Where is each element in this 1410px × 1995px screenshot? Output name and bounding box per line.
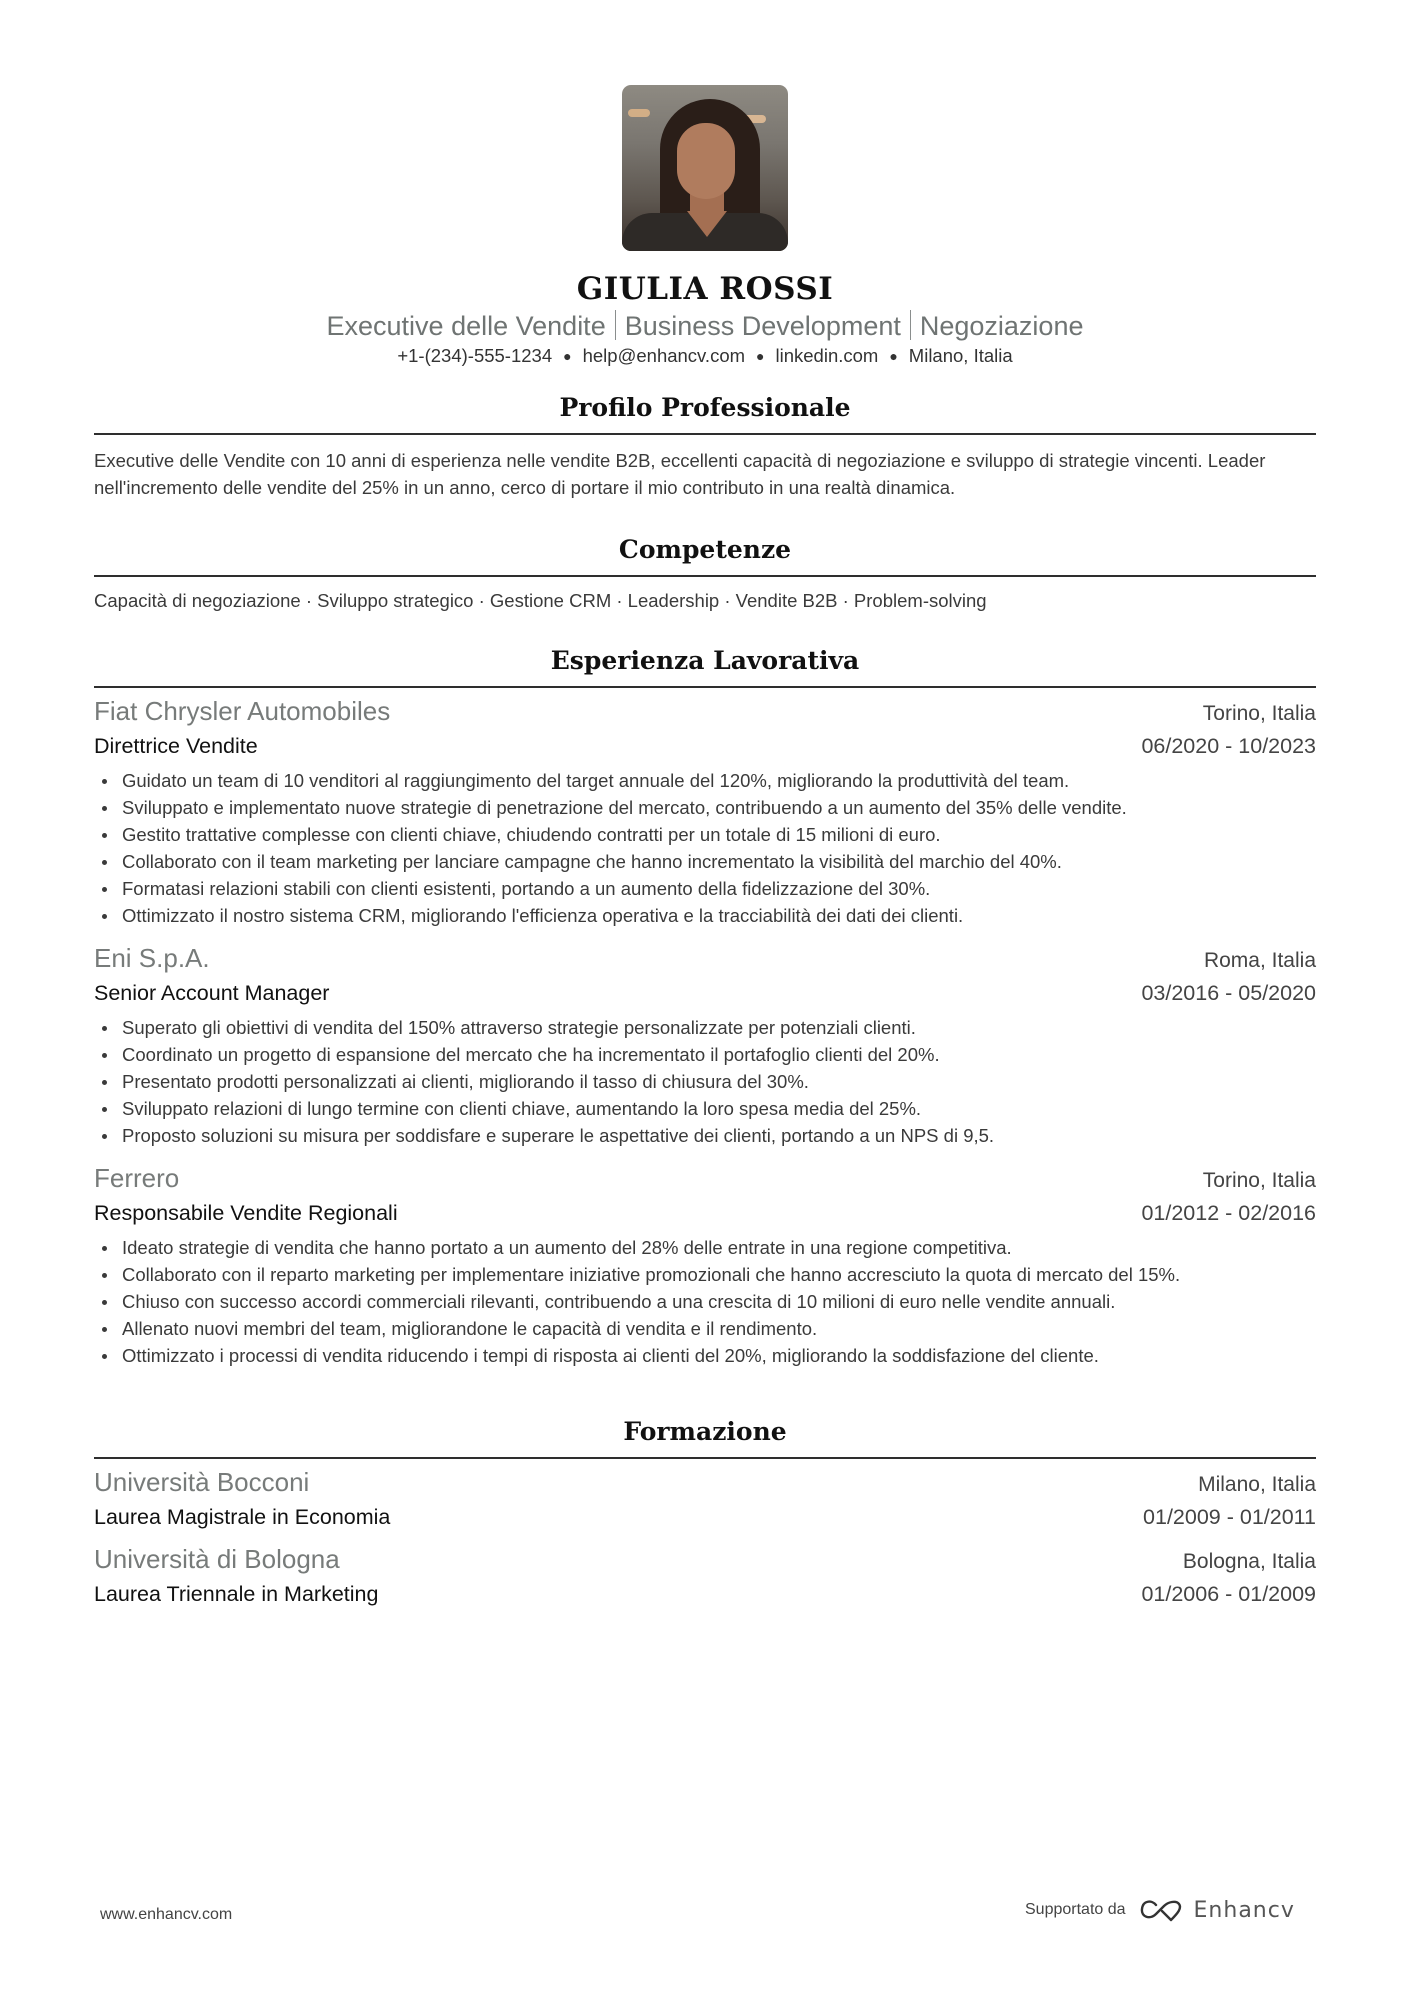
achievement-item: Presentato prodotti personalizzati ai cl… <box>94 1068 1316 1095</box>
school-name: Università di Bologna <box>94 1542 340 1576</box>
title-part: Executive delle Vendite <box>327 311 606 341</box>
degree-name: Laurea Magistrale in Economia <box>94 1502 390 1532</box>
contact-separator: ● <box>889 343 897 369</box>
achievement-item: Gestito trattative complesse con clienti… <box>94 821 1316 848</box>
profile-photo <box>622 85 788 251</box>
section-summary: Profilo Professionale Executive delle Ve… <box>94 391 1316 501</box>
achievement-item: Formatasi relazioni stabili con clienti … <box>94 875 1316 902</box>
experience-list: Fiat Chrysler Automobiles Torino, Italia… <box>94 694 1316 1369</box>
entry-header-row: Fiat Chrysler Automobiles Torino, Italia <box>94 694 1316 731</box>
contact-email[interactable]: help@enhancv.com <box>583 345 745 366</box>
achievement-item: Sviluppato e implementato nuove strategi… <box>94 794 1316 821</box>
title-part: Business Development <box>625 311 901 341</box>
experience-entry: Ferrero Torino, Italia Responsabile Vend… <box>94 1161 1316 1369</box>
footer-branding[interactable]: Supportato da Enhancv <box>1025 1897 1295 1923</box>
entry-degree-row: Laurea Magistrale in Economia 01/2009 - … <box>94 1502 1316 1532</box>
education-list: Università Bocconi Milano, Italia Laurea… <box>94 1465 1316 1609</box>
candidate-title: Executive delle VenditeBusiness Developm… <box>94 309 1316 343</box>
education-dates: 01/2009 - 01/2011 <box>1143 1502 1316 1532</box>
title-separator <box>910 310 911 340</box>
entry-header-row: Università Bocconi Milano, Italia <box>94 1465 1316 1502</box>
achievement-item: Sviluppato relazioni di lungo termine co… <box>94 1095 1316 1122</box>
education-dates: 01/2006 - 01/2009 <box>1141 1579 1316 1609</box>
resume-page: GIULIA ROSSI Executive delle VenditeBusi… <box>94 0 1316 1609</box>
achievement-item: Ottimizzato il nostro sistema CRM, migli… <box>94 902 1316 929</box>
achievement-item: Ottimizzato i processi di vendita riduce… <box>94 1342 1316 1369</box>
powered-by-label: Supportato da <box>1025 1901 1126 1919</box>
contact-separator: ● <box>756 343 764 369</box>
school-location: Milano, Italia <box>1198 1468 1316 1502</box>
brand-name: Enhancv <box>1194 1898 1295 1923</box>
entry-role-row: Direttrice Vendite 06/2020 - 10/2023 <box>94 731 1316 761</box>
summary-text: Executive delle Vendite con 10 anni di e… <box>94 447 1316 501</box>
job-role: Responsabile Vendite Regionali <box>94 1198 398 1228</box>
job-location: Roma, Italia <box>1204 944 1316 978</box>
education-entry: Università di Bologna Bologna, Italia La… <box>94 1542 1316 1609</box>
section-divider <box>94 1457 1316 1459</box>
entry-degree-row: Laurea Triennale in Marketing 01/2006 - … <box>94 1579 1316 1609</box>
section-experience: Esperienza Lavorativa Fiat Chrysler Auto… <box>94 644 1316 1369</box>
section-skills: Competenze Capacità di negoziazione · Sv… <box>94 533 1316 614</box>
job-dates: 01/2012 - 02/2016 <box>1141 1198 1316 1228</box>
section-heading: Esperienza Lavorativa <box>94 644 1316 678</box>
achievement-item: Guidato un team di 10 venditori al raggi… <box>94 767 1316 794</box>
achievement-list: Superato gli obiettivi di vendita del 15… <box>94 1014 1316 1149</box>
experience-entry: Fiat Chrysler Automobiles Torino, Italia… <box>94 694 1316 929</box>
contact-location: Milano, Italia <box>909 345 1013 366</box>
title-part: Negoziazione <box>920 311 1084 341</box>
achievement-item: Superato gli obiettivi di vendita del 15… <box>94 1014 1316 1041</box>
section-divider <box>94 686 1316 688</box>
title-separator <box>615 310 616 340</box>
contact-phone[interactable]: +1-(234)-555-1234 <box>397 345 552 366</box>
company-name: Ferrero <box>94 1161 179 1195</box>
entry-header-row: Eni S.p.A. Roma, Italia <box>94 941 1316 978</box>
job-dates: 06/2020 - 10/2023 <box>1141 731 1316 761</box>
achievement-item: Ideato strategie di vendita che hanno po… <box>94 1234 1316 1261</box>
job-location: Torino, Italia <box>1203 1164 1316 1198</box>
skills-list: Capacità di negoziazione · Sviluppo stra… <box>94 587 1316 614</box>
contact-line: +1-(234)-555-1234●help@enhancv.com●linke… <box>94 343 1316 369</box>
entry-role-row: Responsabile Vendite Regionali 01/2012 -… <box>94 1198 1316 1228</box>
footer-website[interactable]: www.enhancv.com <box>100 1906 232 1924</box>
achievement-item: Collaborato con il reparto marketing per… <box>94 1261 1316 1288</box>
section-education: Formazione Università Bocconi Milano, It… <box>94 1415 1316 1609</box>
experience-entry: Eni S.p.A. Roma, Italia Senior Account M… <box>94 941 1316 1149</box>
job-dates: 03/2016 - 05/2020 <box>1141 978 1316 1008</box>
achievement-item: Collaborato con il team marketing per la… <box>94 848 1316 875</box>
candidate-name: GIULIA ROSSI <box>94 271 1316 307</box>
enhancv-logo-icon <box>1138 1897 1184 1923</box>
achievement-list: Guidato un team di 10 venditori al raggi… <box>94 767 1316 929</box>
section-divider <box>94 575 1316 577</box>
achievement-item: Proposto soluzioni su misura per soddisf… <box>94 1122 1316 1149</box>
contact-separator: ● <box>563 343 571 369</box>
section-heading: Profilo Professionale <box>94 391 1316 425</box>
contact-linkedin[interactable]: linkedin.com <box>776 345 879 366</box>
section-heading: Competenze <box>94 533 1316 567</box>
job-location: Torino, Italia <box>1203 697 1316 731</box>
section-divider <box>94 433 1316 435</box>
achievement-item: Chiuso con successo accordi commerciali … <box>94 1288 1316 1315</box>
job-role: Direttrice Vendite <box>94 731 258 761</box>
entry-header-row: Università di Bologna Bologna, Italia <box>94 1542 1316 1579</box>
education-entry: Università Bocconi Milano, Italia Laurea… <box>94 1465 1316 1532</box>
job-role: Senior Account Manager <box>94 978 329 1008</box>
company-name: Eni S.p.A. <box>94 941 210 975</box>
school-location: Bologna, Italia <box>1183 1545 1316 1579</box>
achievement-list: Ideato strategie di vendita che hanno po… <box>94 1234 1316 1369</box>
entry-header-row: Ferrero Torino, Italia <box>94 1161 1316 1198</box>
entry-role-row: Senior Account Manager 03/2016 - 05/2020 <box>94 978 1316 1008</box>
achievement-item: Coordinato un progetto di espansione del… <box>94 1041 1316 1068</box>
degree-name: Laurea Triennale in Marketing <box>94 1579 378 1609</box>
resume-header: GIULIA ROSSI Executive delle VenditeBusi… <box>94 0 1316 369</box>
company-name: Fiat Chrysler Automobiles <box>94 694 390 728</box>
section-heading: Formazione <box>94 1415 1316 1449</box>
achievement-item: Allenato nuovi membri del team, migliora… <box>94 1315 1316 1342</box>
school-name: Università Bocconi <box>94 1465 309 1499</box>
